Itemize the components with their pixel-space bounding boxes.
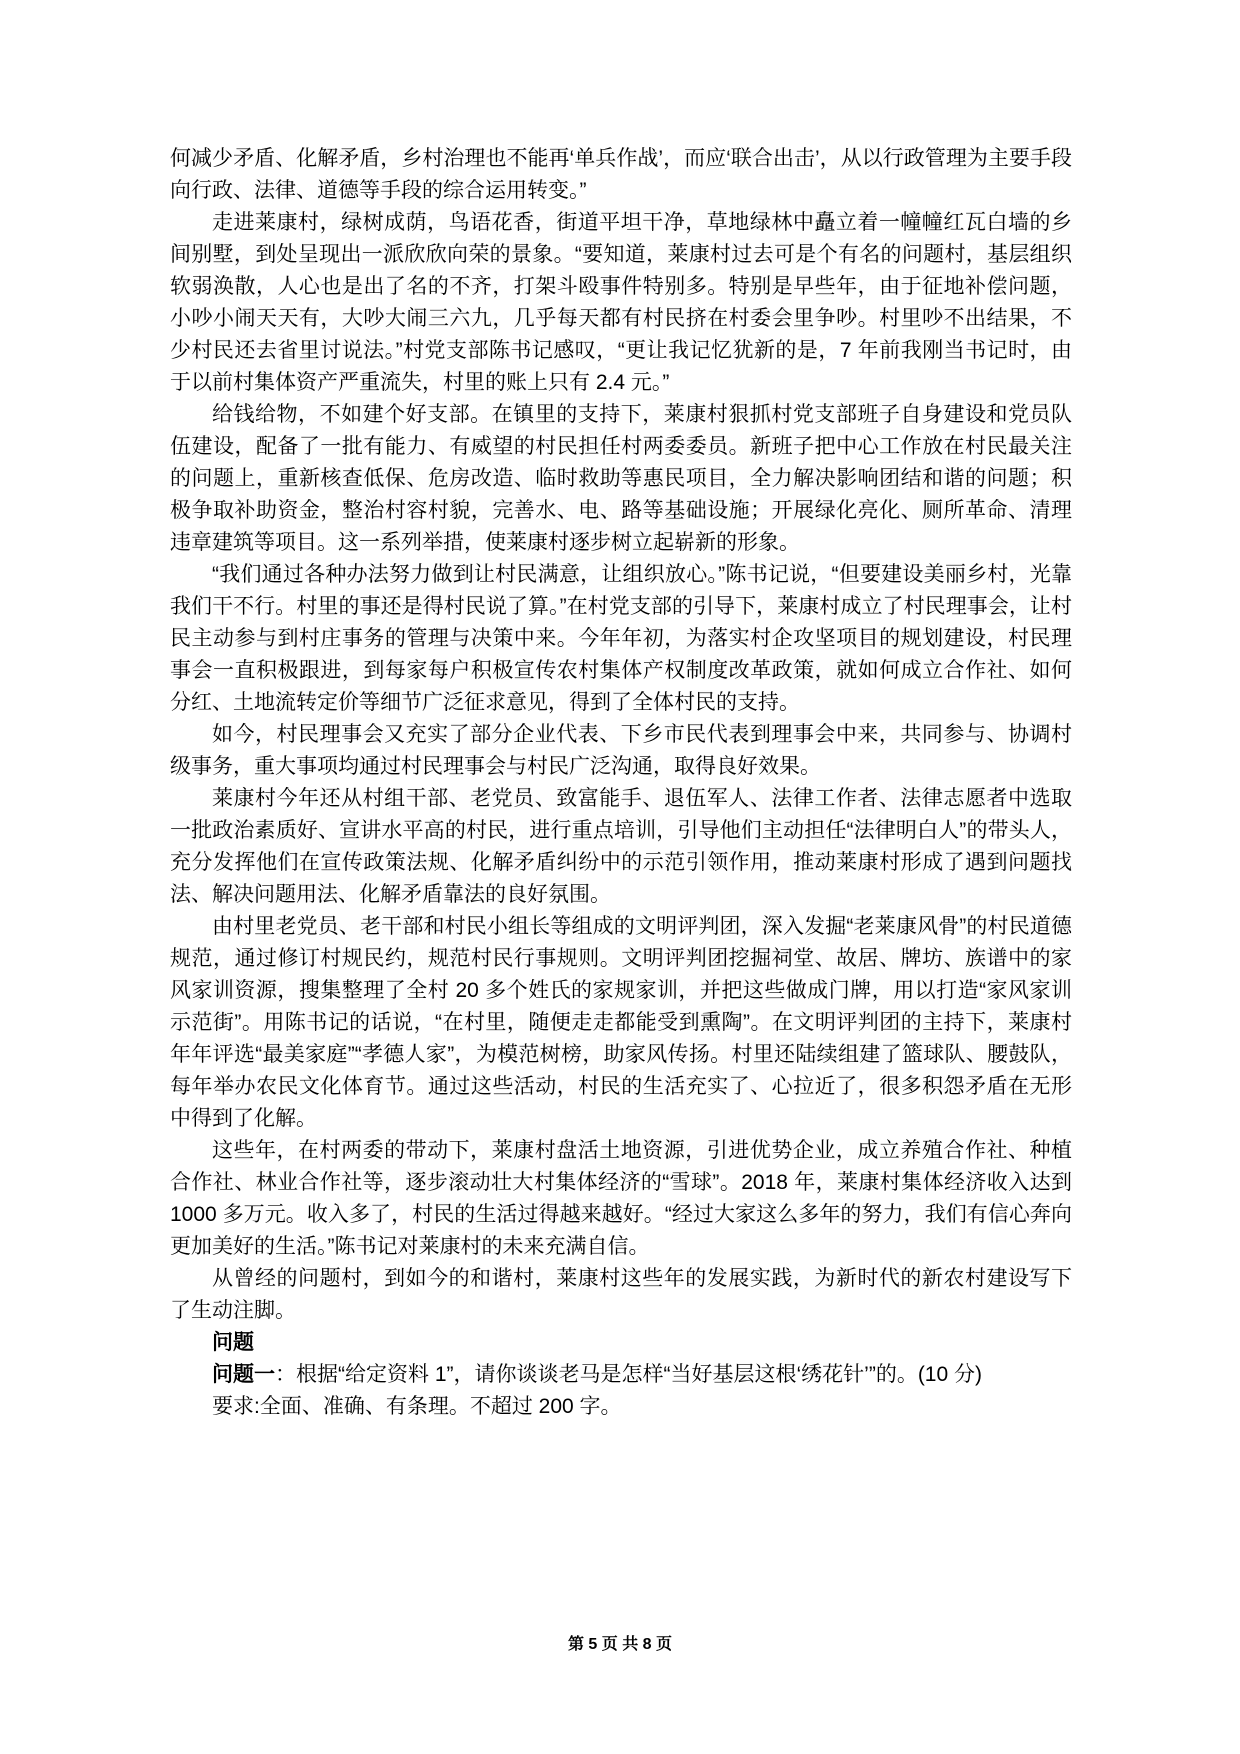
question-1-requirement: 要求:全面、准确、有条理。不超过 200 字。	[170, 1391, 1072, 1423]
paragraph-village-council: “我们通过各种办法努力做到让村民满意，让组织放心。”陈书记说，“但要建设美丽乡村…	[170, 559, 1072, 719]
paragraph-conclusion: 从曾经的问题村，到如今的和谐村，莱康村这些年的发展实践，为新时代的新农村建设写下…	[170, 1263, 1072, 1327]
page-number: 第 5 页 共 8 页	[0, 1635, 1240, 1655]
paragraph-continuation: 何减少矛盾、化解矛盾，乡村治理也不能再‘单兵作战’，而应‘联合出击’，从以行政管…	[170, 143, 1072, 207]
document-body: 何减少矛盾、化解矛盾，乡村治理也不能再‘单兵作战’，而应‘联合出击’，从以行政管…	[170, 143, 1072, 1423]
paragraph-collective-economy: 这些年，在村两委的带动下，莱康村盘活土地资源，引进优势企业，成立养殖合作社、种植…	[170, 1135, 1072, 1263]
question-1: 问题一：根据“给定资料 1”，请你谈谈老马是怎样“当好基层这根‘绣花针’”的。(…	[170, 1359, 1072, 1391]
question-1-label: 问题一	[212, 1363, 275, 1386]
question-1-text: ：根据“给定资料 1”，请你谈谈老马是怎样“当好基层这根‘绣花针’”的。(10 …	[275, 1363, 982, 1386]
questions-heading: 问题	[170, 1327, 1072, 1359]
paragraph-village-scene: 走进莱康村，绿树成荫，鸟语花香，街道平坦干净，草地绿林中矗立着一幢幢红瓦白墙的乡…	[170, 207, 1072, 399]
document-page: 何减少矛盾、化解矛盾，乡村治理也不能再‘单兵作战’，而应‘联合出击’，从以行政管…	[0, 0, 1240, 1754]
paragraph-council-expansion: 如今，村民理事会又充实了部分企业代表、下乡市民代表到理事会中来，共同参与、协调村…	[170, 719, 1072, 783]
paragraph-party-branch: 给钱给物，不如建个好支部。在镇里的支持下，莱康村狠抓村党支部班子自身建设和党员队…	[170, 399, 1072, 559]
paragraph-civility-panel: 由村里老党员、老干部和村民小组长等组成的文明评判团，深入发掘“老莱康风骨”的村民…	[170, 911, 1072, 1135]
paragraph-legal-leaders: 莱康村今年还从村组干部、老党员、致富能手、退伍军人、法律工作者、法律志愿者中选取…	[170, 783, 1072, 911]
